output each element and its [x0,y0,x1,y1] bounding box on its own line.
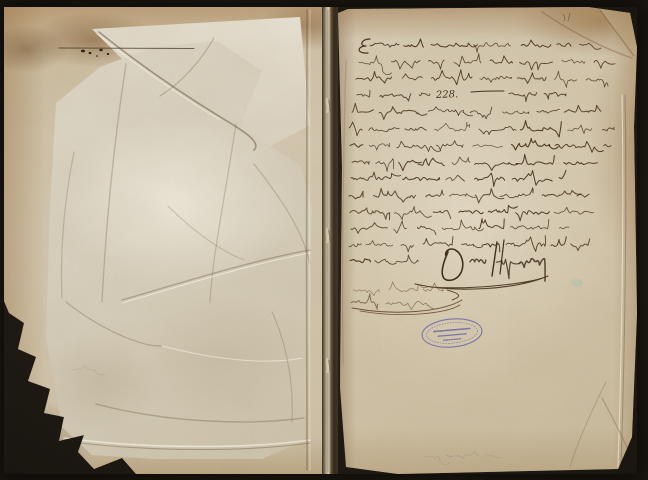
manuscript-scan: 228. [0,0,648,480]
paper-blemish [571,279,583,287]
folio-count: 228. [435,89,459,101]
scan-overlay: 228. [0,0,648,480]
paper-texture [4,7,637,474]
spine-stitches [327,10,330,472]
